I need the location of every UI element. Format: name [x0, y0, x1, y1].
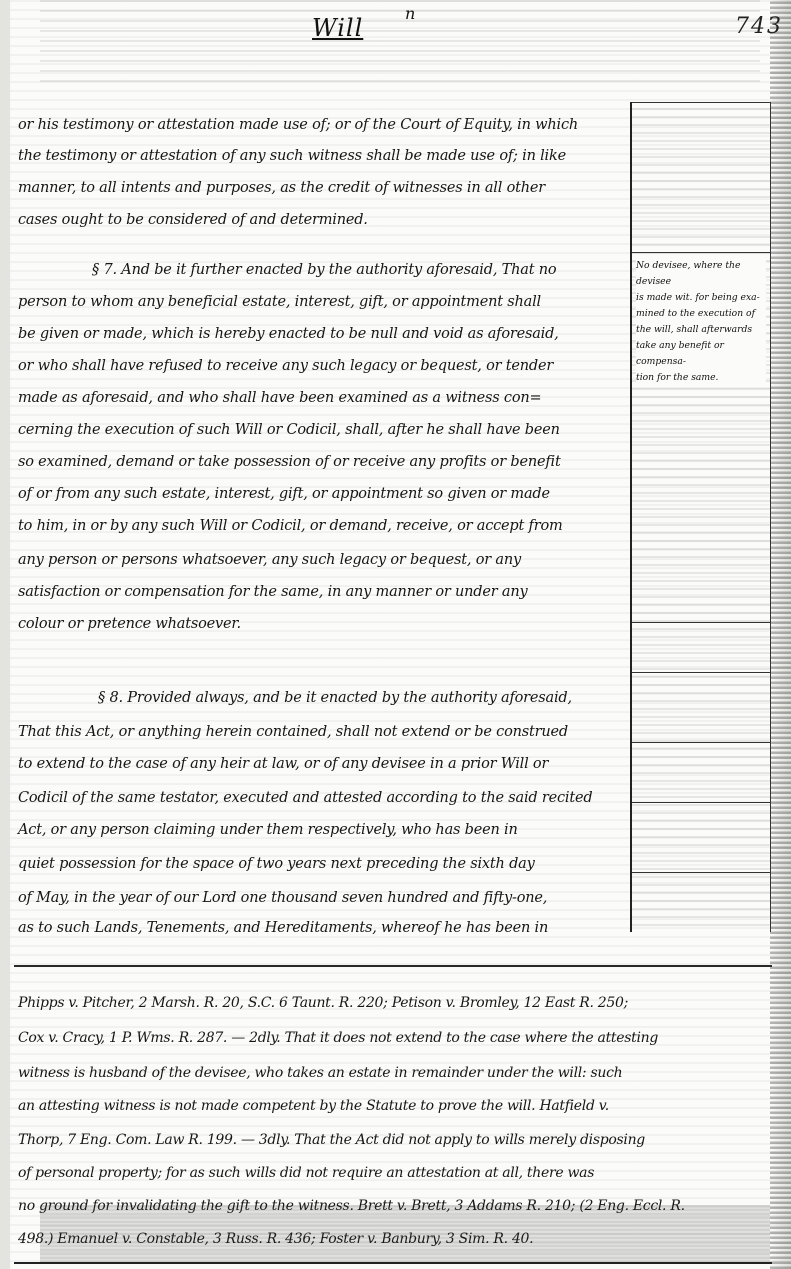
margin-rule — [632, 872, 770, 873]
text-line: so examined, demand or take possession o… — [18, 454, 630, 470]
text-line: Codicil of the same testator, executed a… — [18, 790, 630, 806]
text-line: to extend to the case of any heir at law… — [18, 756, 630, 772]
footnote-divider — [14, 965, 772, 967]
text-line: as to such Lands, Tenements, and Heredit… — [18, 920, 630, 936]
margin-note: No devisee, where the devisee is made wi… — [636, 258, 766, 386]
text-line: manner, to all intents and purposes, as … — [18, 180, 630, 196]
text-line: or his testimony or attestation made use… — [18, 117, 630, 133]
text-line: quiet possession for the space of two ye… — [18, 856, 630, 872]
text-line: to him, in or by any such Will or Codici… — [18, 518, 630, 534]
footnote-line: witness is husband of the devisee, who t… — [18, 1065, 622, 1081]
margin-rule — [632, 622, 770, 623]
header-mark: n — [405, 4, 415, 23]
margin-note-line: mined to the execution of — [636, 306, 766, 322]
scan-smudge — [40, 1205, 770, 1263]
text-line: cases ought to be considered of and dete… — [18, 212, 630, 228]
page-left-edge — [0, 0, 10, 1269]
margin-note-line: No devisee, where the devisee — [636, 258, 766, 290]
text-line: or who shall have refused to receive any… — [18, 358, 630, 374]
margin-note-line: tion for the same. — [636, 370, 766, 386]
bottom-border — [14, 1262, 772, 1264]
text-line: of or from any such estate, interest, gi… — [18, 486, 630, 502]
text-line: any person or persons whatsoever, any su… — [18, 552, 630, 568]
margin-rule — [632, 252, 770, 253]
margin-note-line: is made wit. for being exa- — [636, 290, 766, 306]
footnote-line: Phipps v. Pitcher, 2 Marsh. R. 20, S.C. … — [18, 995, 628, 1011]
margin-rule — [632, 742, 770, 743]
footnote-line: an attesting witness is not made compete… — [18, 1098, 609, 1114]
page-right-edge — [770, 0, 791, 1269]
footnote-line: Thorp, 7 Eng. Com. Law R. 199. — 3dly. T… — [18, 1132, 645, 1148]
margin-column — [630, 102, 771, 932]
scanned-page: n Will 743 No devisee, where the devisee… — [0, 0, 791, 1269]
text-line: Act, or any person claiming under them r… — [18, 822, 630, 838]
text-line: That this Act, or anything herein contai… — [18, 724, 630, 740]
page-number: 743 — [735, 14, 783, 39]
bleed-through-text — [40, 0, 760, 90]
section-8-heading-line: § 8. Provided always, and be it enacted … — [98, 690, 630, 706]
margin-rule — [632, 672, 770, 673]
text-line: made as aforesaid, and who shall have be… — [18, 390, 630, 406]
text-line: satisfaction or compensation for the sam… — [18, 584, 630, 600]
margin-rule — [632, 802, 770, 803]
margin-note-line: take any benefit or compensa- — [636, 338, 766, 370]
footnote-line: of personal property; for as such wills … — [18, 1165, 594, 1181]
text-line: of May, in the year of our Lord one thou… — [18, 890, 630, 906]
text-line: cerning the execution of such Will or Co… — [18, 422, 630, 438]
footnote-line: Cox v. Cracy, 1 P. Wms. R. 287. — 2dly. … — [18, 1030, 658, 1046]
margin-rule — [632, 102, 770, 103]
text-line: be given or made, which is hereby enacte… — [18, 326, 630, 342]
section-7-heading-line: § 7. And be it further enacted by the au… — [92, 262, 630, 278]
text-line: colour or pretence whatsoever. — [18, 616, 630, 632]
margin-note-line: the will, shall afterwards — [636, 322, 766, 338]
page-title: Will — [312, 14, 363, 42]
text-line: the testimony or attestation of any such… — [18, 148, 630, 164]
text-line: person to whom any beneficial estate, in… — [18, 294, 630, 310]
